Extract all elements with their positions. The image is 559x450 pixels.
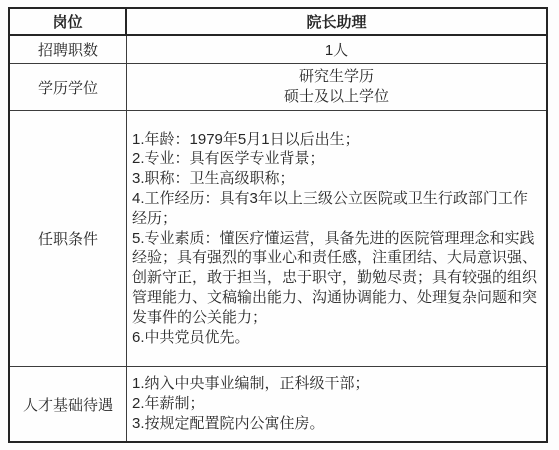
header-position-label: 岗位 — [10, 9, 127, 36]
qualification-item-title: 3.职称：卫生高级职称； — [132, 169, 542, 189]
qualification-item-experience: 4.工作经历：具有3年以上三级公立医院或卫生行政部门工作经历； — [132, 189, 542, 229]
row-label-qualifications: 任职条件 — [10, 111, 127, 367]
row-value-education: 研究生学历 硕士及以上学位 — [127, 64, 546, 111]
benefit-item-establishment: 1.纳入中央事业编制，正科级干部； — [132, 374, 542, 394]
header-position-value: 院长助理 — [127, 9, 546, 36]
recruitment-notice-page: 岗位 院长助理 招聘职数 1人 学历学位 研究生学历 硕士及以上学位 任职条件 … — [0, 0, 559, 450]
qualification-item-age: 1.年龄：1979年5月1日以后出生； — [132, 130, 542, 150]
benefit-item-salary: 2.年薪制； — [132, 394, 542, 414]
education-line-degree: 研究生学历 — [299, 67, 374, 87]
row-label-benefits: 人才基础待遇 — [10, 367, 127, 441]
qualification-item-competency: 5.专业素质：懂医疗懂运营，具备先进的医院管理理念和实践经验；具有强烈的事业心和… — [132, 229, 542, 328]
education-line-master: 硕士及以上学位 — [284, 87, 389, 107]
row-label-education: 学历学位 — [10, 64, 127, 111]
benefit-item-housing: 3.按规定配置院内公寓住房。 — [132, 414, 542, 434]
qualification-item-major: 2.专业：具有医学专业背景； — [132, 149, 542, 169]
row-label-recruit-count: 招聘职数 — [10, 36, 127, 64]
row-value-benefits: 1.纳入中央事业编制，正科级干部； 2.年薪制； 3.按规定配置院内公寓住房。 — [127, 367, 546, 441]
row-value-qualifications: 1.年龄：1979年5月1日以后出生； 2.专业：具有医学专业背景； 3.职称：… — [127, 111, 546, 367]
job-posting-table: 岗位 院长助理 招聘职数 1人 学历学位 研究生学历 硕士及以上学位 任职条件 … — [8, 7, 548, 443]
row-value-recruit-count: 1人 — [127, 36, 546, 64]
qualification-item-party: 6.中共党员优先。 — [132, 328, 542, 348]
